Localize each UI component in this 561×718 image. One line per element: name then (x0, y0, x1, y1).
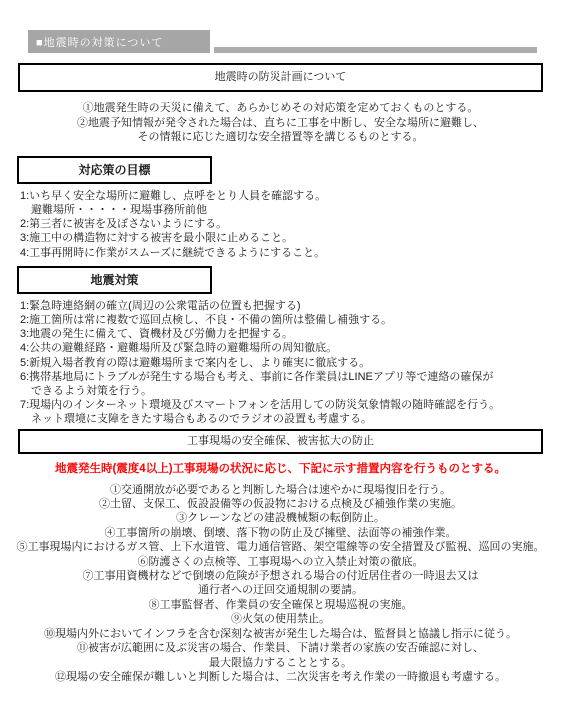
list-item: ⑥防護さくの点検等、工事現場への立入禁止対策の徹底。 (0, 555, 561, 569)
seismic-intensity-notice: 地震発生時(震度4以上)工事現場の状況に応じ、下記に示す措置内容を行うものとする… (0, 460, 561, 476)
list-item: ③クレーンなどの建設機械類の転倒防止。 (0, 511, 561, 525)
list-item: ⑨火気の使用禁止。 (0, 612, 561, 626)
list-item: 4:工事再開時に作業がスムーズに継続できるようにすること。 (20, 246, 561, 260)
list-item: 3:地震の発生に備えて、資機材及び労働力を把握する。 (20, 327, 561, 341)
response-goals-title-box: 対応策の目標 (17, 156, 212, 184)
list-item: ⑪被害が広範囲に及ぶ災害の場合、作業員、下請け業者の家族の安否確認に対し、 (0, 641, 561, 655)
list-item: 5:新規入場者教育の際は避難場所まで案内をし、より確実に徹底する。 (20, 356, 561, 370)
list-item: ②地震予知情報が発令された場合は、直ちに工事を中断し、安全な場所に避難し、 (0, 116, 561, 131)
list-item: 避難場所・・・・・現場事務所前他 (20, 203, 561, 217)
list-item: 1:いち早く安全な場所に避難し、点呼をとり人員を確認する。 (20, 189, 561, 203)
response-goals-list: 1:いち早く安全な場所に避難し、点呼をとり人員を確認する。 避難場所・・・・・現… (20, 189, 561, 260)
section-header-tab: ■地震時の対策について (28, 30, 210, 53)
list-item: ⑧工事監督者、作業員の安全確保と現場巡視の実施。 (0, 598, 561, 612)
list-item: ⑩現場内外においてインフラを含む深刻な被害が発生した場合は、監督員と協議し指示に… (0, 627, 561, 641)
list-item: ⑤工事現場内におけるガス管、上下水道管、電力通信管路、架空電線等の安全措置及び監… (0, 540, 561, 554)
list-item: 最大限協力することとする。 (0, 656, 561, 670)
list-item: ①交通開放が必要であると判断した場合は速やかに現場復旧を行う。 (0, 483, 561, 497)
disaster-plan-title: 地震時の防災計画について (215, 71, 347, 83)
site-safety-title: 工事現場の安全確保、被害拡大の防止 (187, 435, 374, 447)
list-item: 6:携帯基地局にトラブルが発生する場合も考え、事前に各作業員はLINEアプリ等で… (20, 370, 561, 384)
list-item: ネット環境に支障をきたす場合もあるのでラジオの設置も考慮する。 (20, 412, 561, 426)
response-goals-title: 対応策の目標 (78, 163, 150, 177)
header-rule (214, 47, 537, 53)
list-item: 2:第三者に被害を及ぼさないようにする。 (20, 217, 561, 231)
earthquake-measures-title-box: 地震対策 (17, 266, 212, 294)
list-item: 1:緊急時連絡網の確立(周辺の公衆電話の位置も把握する) (20, 299, 561, 313)
list-item: ②土留、支保工、仮設設備等の仮設物における点検及び補強作業の実施。 (0, 497, 561, 511)
disaster-plan-paragraph: ①地震発生時の天災に備えて、あらかじめその対応策を定めておくものとする。②地震予… (0, 101, 561, 145)
section-header-title: ■地震時の対策について (36, 34, 163, 50)
list-item: その情報に応じた適切な安全措置等を講じるものとする。 (0, 130, 561, 145)
disaster-plan-title-box: 地震時の防災計画について (18, 63, 543, 92)
earthquake-measures-title: 地震対策 (90, 273, 138, 287)
list-item: 7:現場内のインターネット環境及びスマートフォンを活用しての防災気象情報の随時確… (20, 398, 561, 412)
list-item: ⑦工事用資機材などで倒壊の危険が予想される場合の付近居住者の一時退去又は (0, 569, 561, 583)
list-item: ④工事箇所の崩壊、倒壊、落下物の防止及び擁壁、法面等の補強作業。 (0, 526, 561, 540)
list-item: 通行者への迂回交通規制の要請。 (0, 583, 561, 597)
earthquake-measures-list: 1:緊急時連絡網の確立(周辺の公衆電話の位置も把握する)2:施工箇所は常に複数で… (20, 299, 561, 427)
section-header: ■地震時の対策について (28, 30, 537, 53)
safety-measures-list: ①交通開放が必要であると判断した場合は速やかに現場復旧を行う。②土留、支保工、仮… (0, 483, 561, 685)
site-safety-title-box: 工事現場の安全確保、被害拡大の防止 (18, 429, 543, 454)
list-item: ①地震発生時の天災に備えて、あらかじめその対応策を定めておくものとする。 (0, 101, 561, 116)
list-item: 2:施工箇所は常に複数で巡回点検し、不良・不備の箇所は整備し補強する。 (20, 313, 561, 327)
earthquake-countermeasures-document: ■地震時の対策について 地震時の防災計画について ①地震発生時の天災に備えて、あ… (0, 0, 561, 718)
list-item: ⑫現場の安全確保が難しいと判断した場合は、二次災害を考え作業の一時撤退も考慮する… (0, 670, 561, 684)
list-item: 4:公共の避難経路・避難場所及び緊急時の避難場所の周知徹底。 (20, 341, 561, 355)
list-item: 3:施工中の構造物に対する被害を最小限に止めること。 (20, 231, 561, 245)
list-item: できるよう対策を行う。 (20, 384, 561, 398)
